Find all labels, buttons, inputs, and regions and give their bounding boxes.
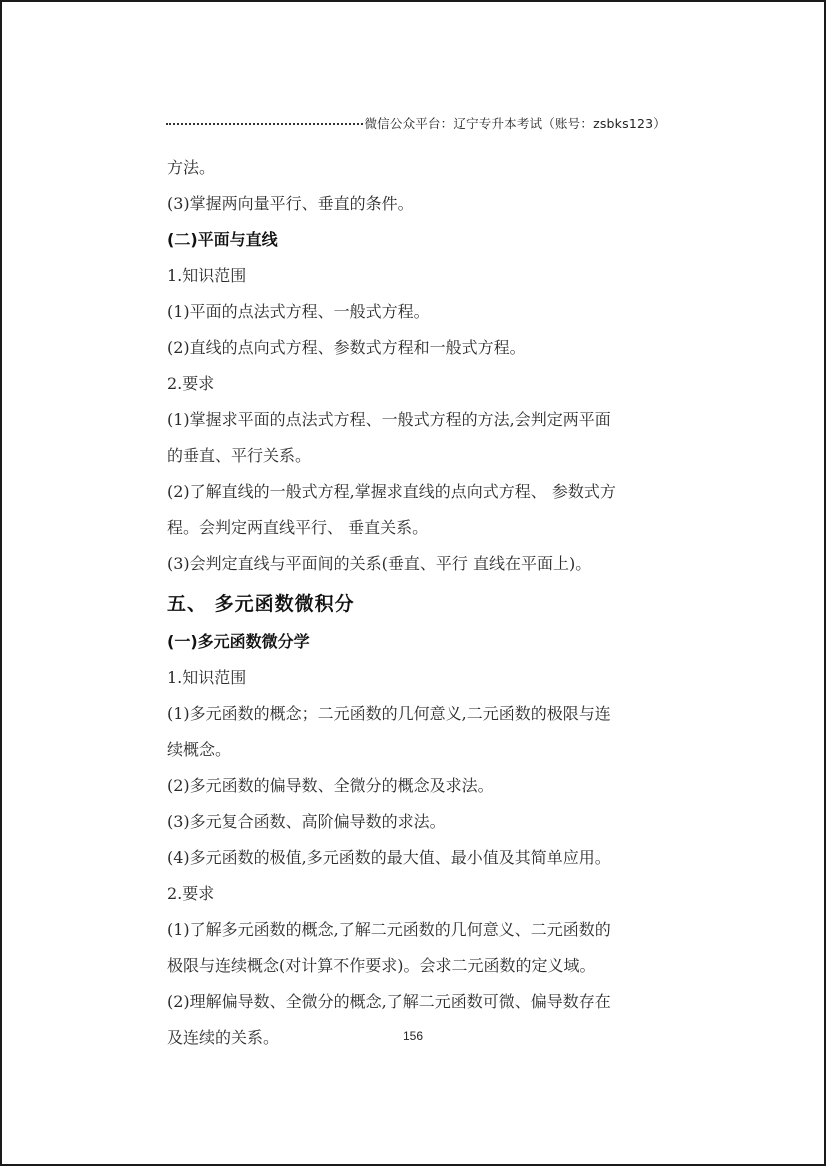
subsection-heading: (二)平面与直线: [167, 222, 667, 258]
subsection-heading: (一)多元函数微分学: [167, 624, 667, 660]
body-line: (1)多元函数的概念；二元函数的几何意义,二元函数的极限与连: [167, 696, 667, 732]
body-line: (3)会判定直线与平面间的关系(垂直、平行 直线在平面上)。: [167, 546, 667, 582]
body-line: (1)掌握求平面的点法式方程、一般式方程的方法,会判定两平面: [167, 402, 667, 438]
body-line: 2.要求: [167, 876, 667, 912]
body-line: (2)了解直线的一般式方程,掌握求直线的点向式方程、 参数式方: [167, 474, 667, 510]
body-line: 1.知识范围: [167, 258, 667, 294]
header-text: 微信公众平台：辽宁专升本考试（账号：zsbks123）: [364, 114, 666, 132]
body-line: (3)掌握两向量平行、垂直的条件。: [167, 186, 667, 222]
body-line: (2)直线的点向式方程、参数式方程和一般式方程。: [167, 330, 667, 366]
body-line: (2)多元函数的偏导数、全微分的概念及求法。: [167, 768, 667, 804]
body-line: (2)理解偏导数、全微分的概念,了解二元函数可微、偏导数存在: [167, 984, 667, 1020]
section-heading: 五、 多元函数微积分: [167, 584, 667, 624]
header-dashed-rule: [166, 123, 363, 125]
body-line: (3)多元复合函数、高阶偏导数的求法。: [167, 804, 667, 840]
body-line: 程。会判定两直线平行、 垂直关系。: [167, 510, 667, 546]
body-line: 2.要求: [167, 366, 667, 402]
body-line: (4)多元函数的极值,多元函数的最大值、最小值及其简单应用。: [167, 840, 667, 876]
body-line: (1)平面的点法式方程、一般式方程。: [167, 294, 667, 330]
document-body: 方法。 (3)掌握两向量平行、垂直的条件。 (二)平面与直线 1.知识范围 (1…: [167, 150, 667, 1056]
body-line: (1)了解多元函数的概念,了解二元函数的几何意义、二元函数的: [167, 912, 667, 948]
body-line: 1.知识范围: [167, 660, 667, 696]
body-line: 极限与连续概念(对计算不作要求)。会求二元函数的定义域。: [167, 948, 667, 984]
body-line: 续概念。: [167, 732, 667, 768]
body-line: 的垂直、平行关系。: [167, 438, 667, 474]
page-number: 156: [0, 1029, 826, 1043]
page-header: 微信公众平台：辽宁专升本考试（账号：zsbks123）: [166, 113, 666, 133]
body-line: 方法。: [167, 150, 667, 186]
